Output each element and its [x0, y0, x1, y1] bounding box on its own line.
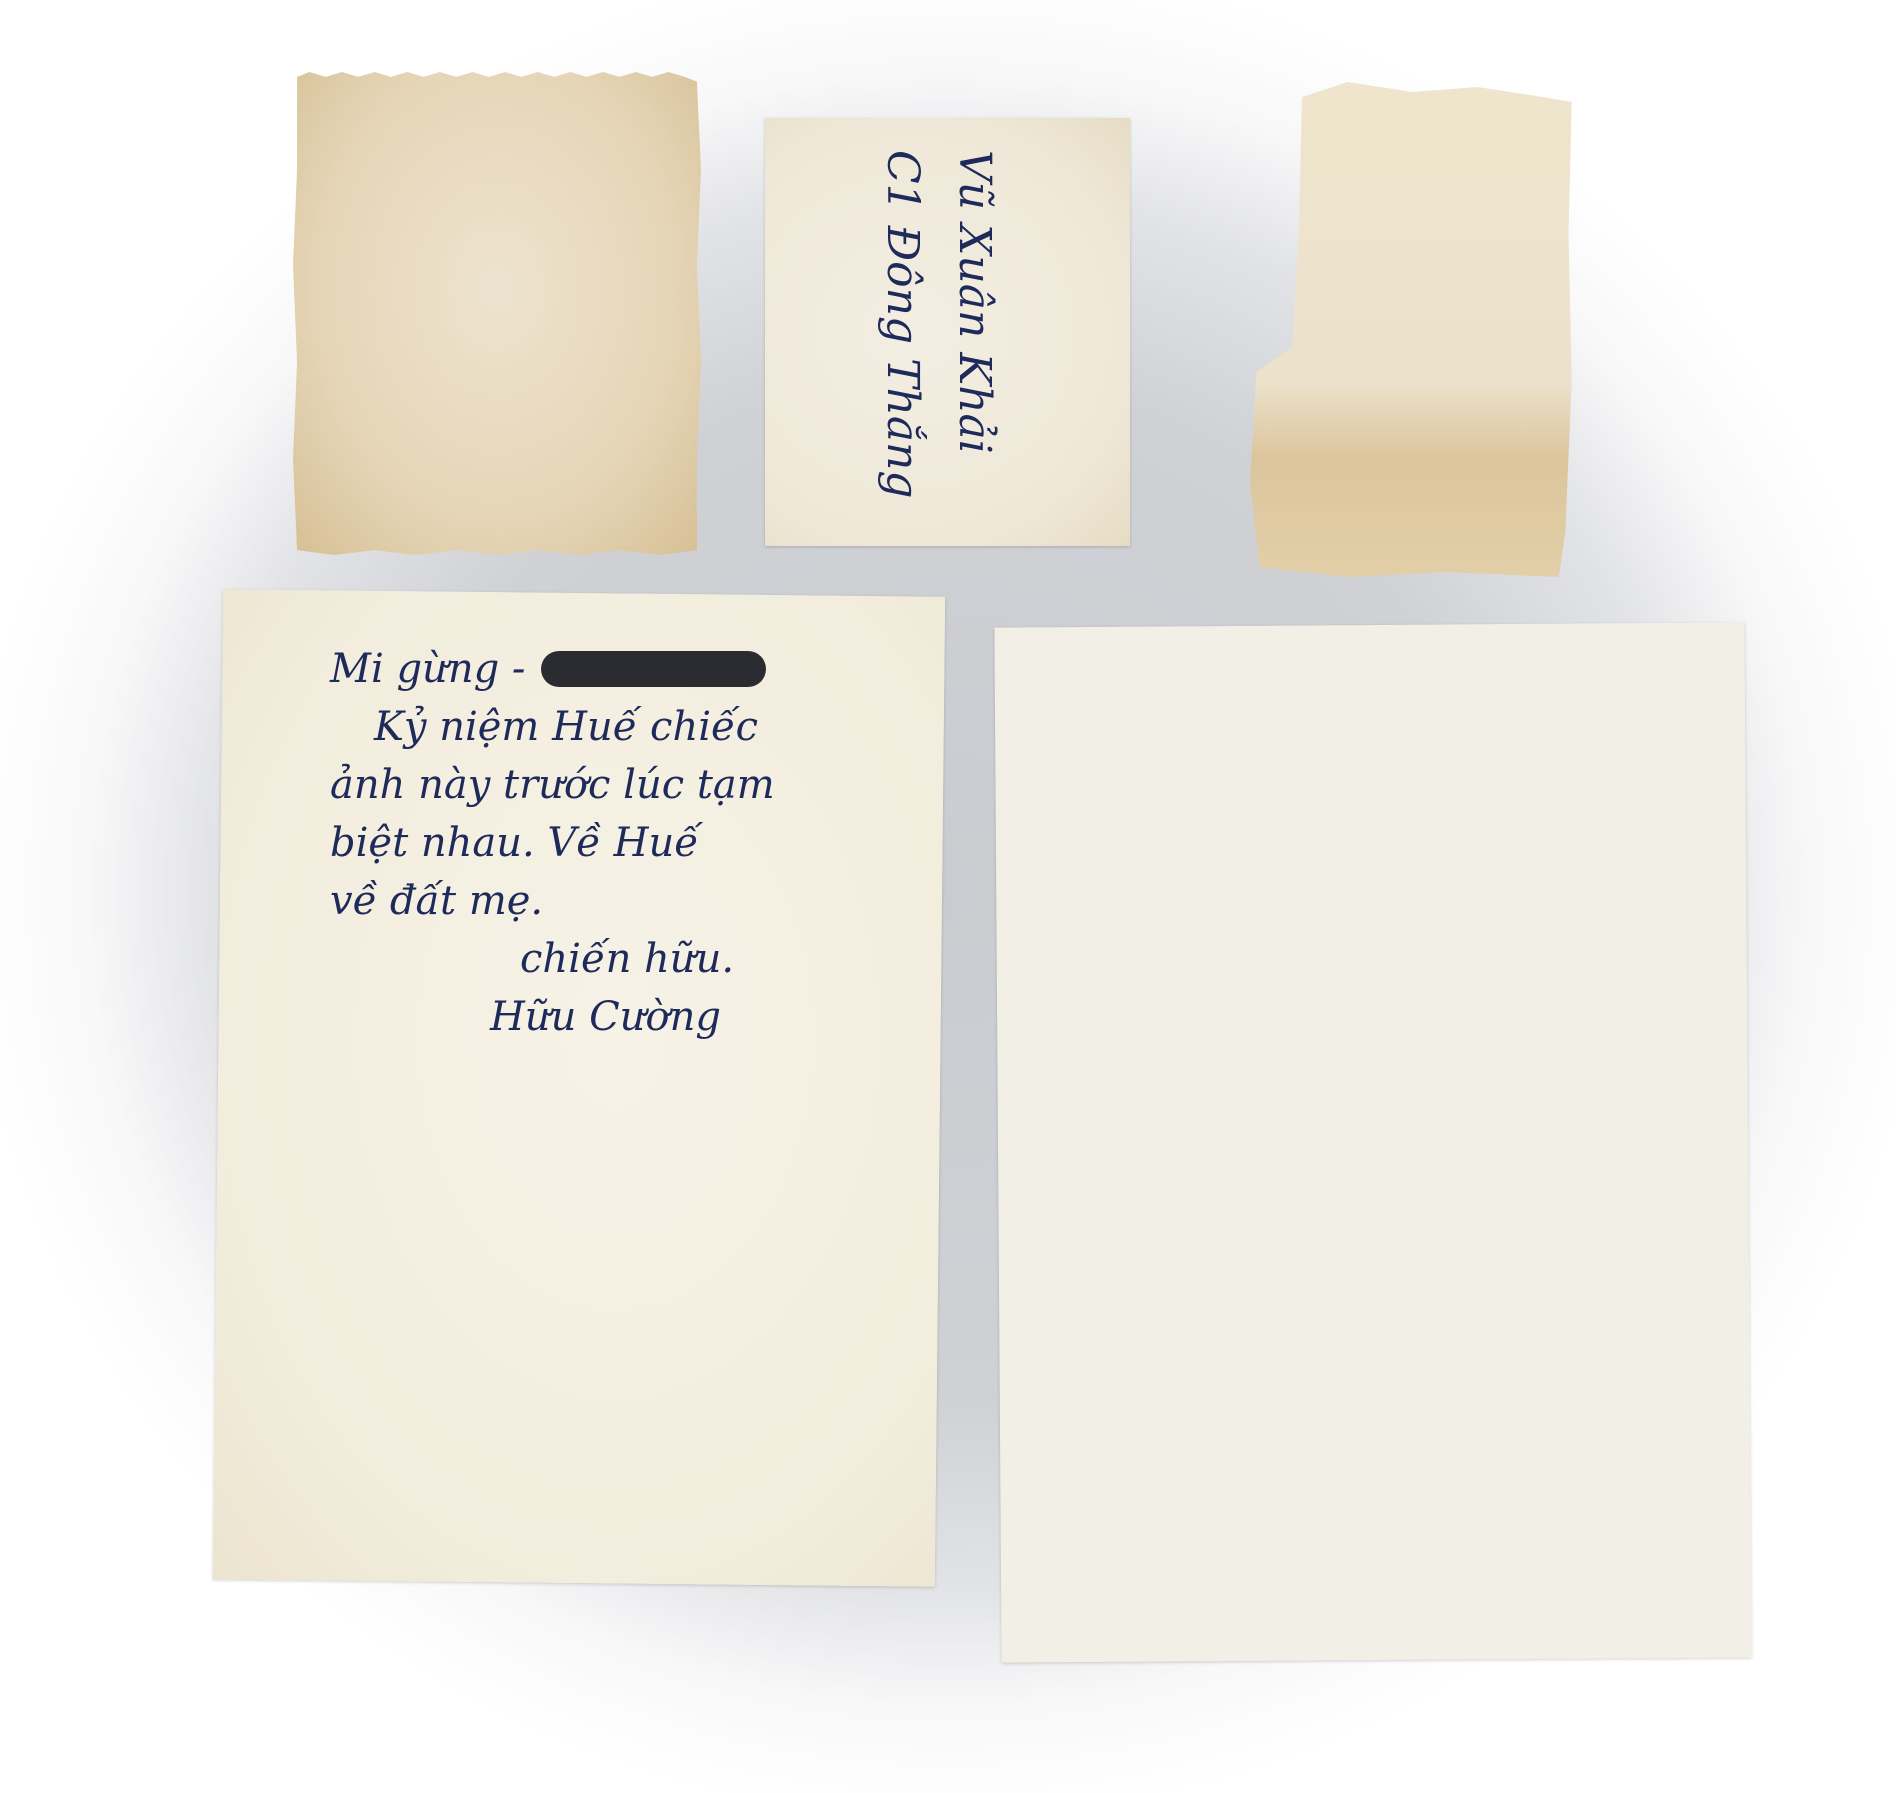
note-line-name: Vũ Xuân Khải: [938, 150, 1010, 499]
dedication-line-2: ảnh này trước lúc tạm: [330, 756, 775, 814]
sideways-handwritten-note: Vũ Xuân Khải C1 Đông Thắng: [866, 150, 1010, 499]
photo-back-blank-deckle: [293, 72, 701, 555]
dedication-signoff: chiến hữu.: [330, 930, 775, 988]
dedication-greeting-row: Mi gừng -: [330, 640, 775, 698]
note-line-unit: C1 Đông Thắng: [866, 150, 938, 499]
dedication-greeting: Mi gừng -: [330, 640, 525, 698]
dedication-line-4: về đất mẹ.: [330, 872, 775, 930]
dedication-line-1: Kỷ niệm Huế chiếc: [330, 698, 775, 756]
dedication-signature: Hữu Cường: [330, 988, 775, 1046]
dedication-line-3: biệt nhau. Về Huế: [330, 814, 775, 872]
handwritten-dedication: Mi gừng - Kỷ niệm Huế chiếc ảnh này trướ…: [330, 640, 775, 1046]
redaction-mark: [541, 651, 766, 687]
photo-back-blank-large: [994, 622, 1751, 1662]
